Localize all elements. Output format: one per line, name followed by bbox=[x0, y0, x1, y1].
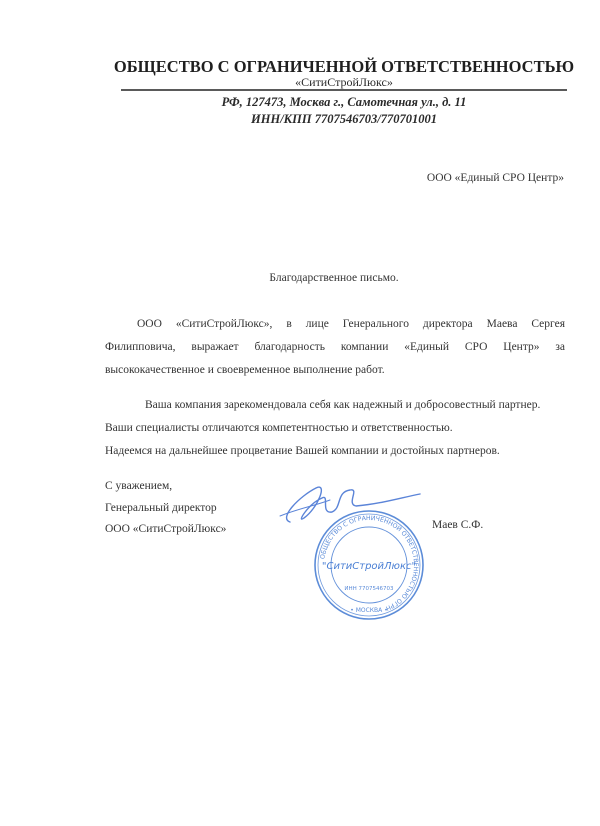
body-paragraph-1: ООО «СитиСтройЛюкс», в лице Генерального… bbox=[105, 313, 565, 382]
letterhead-address: РФ, 127473, Москва г., Самотечная ул., д… bbox=[0, 95, 600, 110]
closing-regards: С уважением, bbox=[105, 476, 226, 498]
letterhead-company-name: «СитиСтройЛюкс» bbox=[0, 75, 600, 90]
body-line-specialists: Ваши специалисты отличаются компетентнос… bbox=[105, 417, 575, 440]
letterhead-org-type: ОБЩЕСТВО С ОГРАНИЧЕННОЙ ОТВЕТСТВЕННОСТЬЮ bbox=[0, 57, 600, 77]
closing-company: ООО «СитиСтройЛюкс» bbox=[105, 519, 226, 541]
svg-text:• МОСКВА •: • МОСКВА • bbox=[350, 607, 387, 614]
company-stamp-icon: ОБЩЕСТВО С ОГРАНИЧЕННОЙ ОТВЕТСТВЕННОСТЬЮ… bbox=[312, 508, 426, 622]
paragraph-1-line-1: ООО «СитиСтройЛюкс», в лице Генерального… bbox=[105, 313, 565, 336]
closing-position: Генеральный директор bbox=[105, 498, 226, 520]
body-line-reputation: Ваша компания зарекомендовала себя как н… bbox=[105, 394, 575, 417]
letterhead-divider bbox=[121, 89, 567, 91]
body-line-wishes: Надеемся на дальнейшее процветание Вашей… bbox=[105, 440, 575, 463]
recipient: ООО «Единый СРО Центр» bbox=[427, 172, 564, 184]
paragraph-1-rest: Филипповича, выражает благодарность комп… bbox=[105, 336, 565, 382]
letterhead-inn-kpp: ИНН/КПП 7707546703/770701001 bbox=[0, 112, 600, 127]
signer-name: Маев С.Ф. bbox=[432, 519, 483, 531]
document-title: Благодарственное письмо. bbox=[0, 272, 600, 284]
svg-text:"СитиСтройЛюкс": "СитиСтройЛюкс" bbox=[322, 561, 416, 572]
body-lines: Ваша компания зарекомендовала себя как н… bbox=[105, 394, 575, 463]
svg-text:ИНН 7707546703: ИНН 7707546703 bbox=[344, 586, 394, 592]
closing-block: С уважением, Генеральный директор ООО «С… bbox=[105, 476, 226, 541]
